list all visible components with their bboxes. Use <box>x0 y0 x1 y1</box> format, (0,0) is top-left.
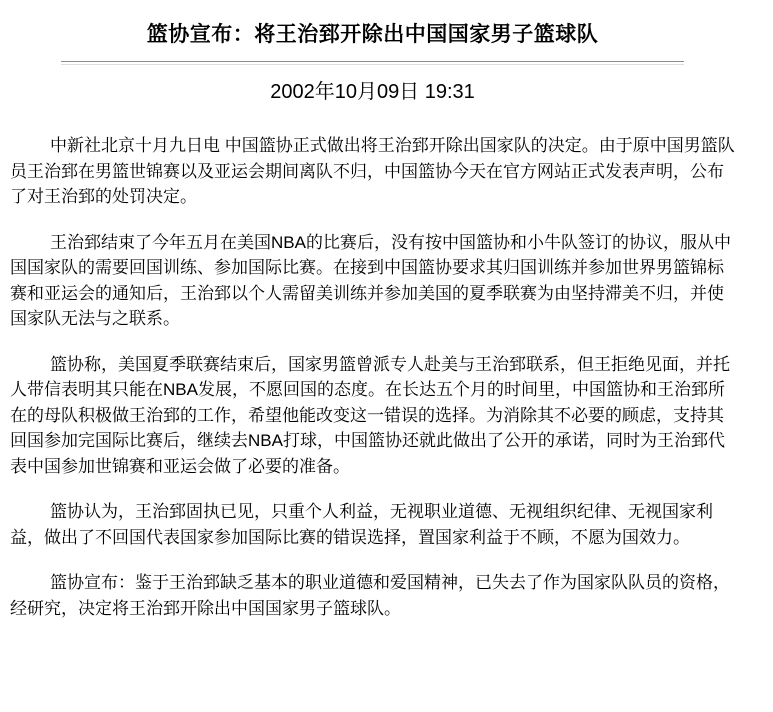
article-paragraph: 篮协宣布：鉴于王治郅缺乏基本的职业道德和爱国精神，已失去了作为国家队队员的资格，… <box>10 570 735 621</box>
article-body: 中新社北京十月九日电 中国篮协正式做出将王治郅开除出国家队的决定。由于原中国男篮… <box>10 133 735 621</box>
article-title: 篮协宣布：将王治郅开除出中国国家男子篮球队 <box>10 21 735 49</box>
article-paragraph: 篮协称，美国夏季联赛结束后，国家男篮曾派专人赴美与王治郅联系，但王拒绝见面，并托… <box>10 352 735 480</box>
title-divider <box>61 61 685 65</box>
article-paragraph: 王治郅结束了今年五月在美国NBA的比赛后，没有按中国篮协和小牛队签订的协议，服从… <box>10 230 735 332</box>
article-page: 篮协宣布：将王治郅开除出中国国家男子篮球队 2002年10月09日 19:31 … <box>0 0 773 712</box>
article-paragraph: 篮协认为，王治郅固执已见，只重个人利益，无视职业道德、无视组织纪律、无视国家利益… <box>10 499 735 550</box>
article-date: 2002年10月09日 19:31 <box>10 79 735 105</box>
article-content: 篮协宣布：将王治郅开除出中国国家男子篮球队 2002年10月09日 19:31 … <box>0 21 773 621</box>
article-paragraph: 中新社北京十月九日电 中国篮协正式做出将王治郅开除出国家队的决定。由于原中国男篮… <box>10 133 735 210</box>
